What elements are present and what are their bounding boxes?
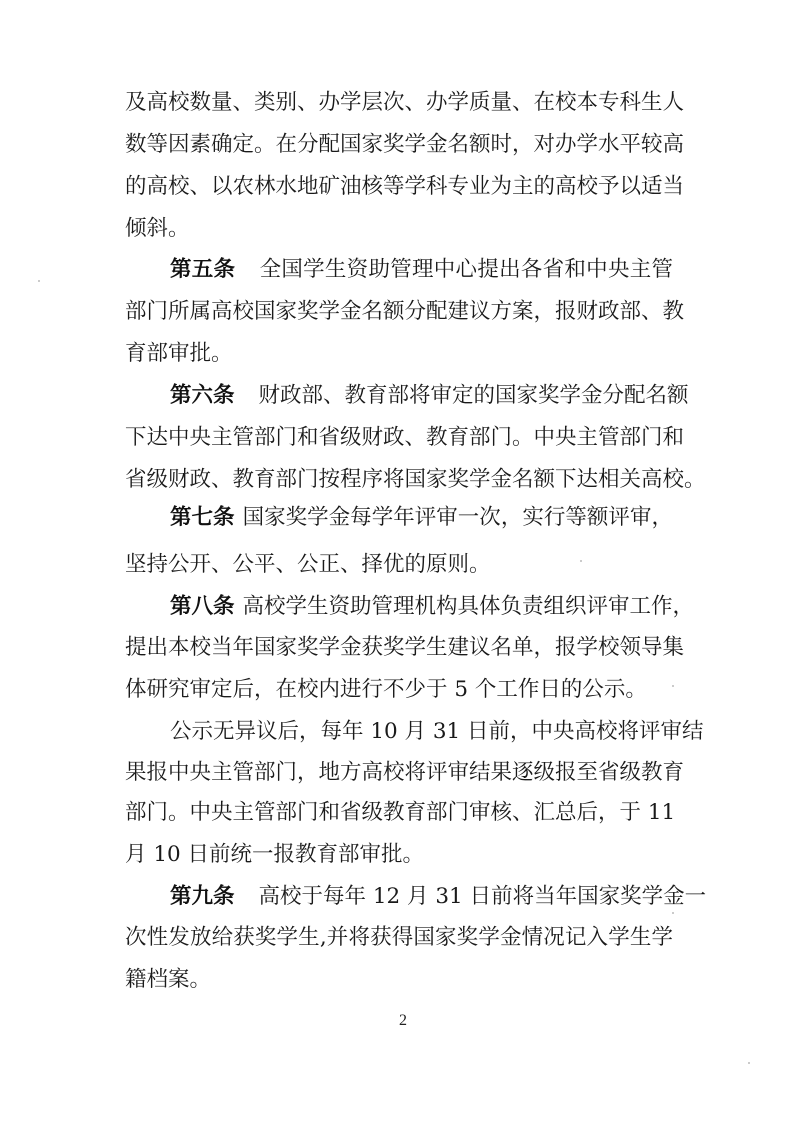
text-line: 果报中央主管部门，地方高校将评审结果逐级报至省级教育	[125, 758, 673, 788]
text-line: 坚持公开、公平、公正、择优的原则。	[125, 550, 673, 580]
article-heading: 第九条	[170, 884, 235, 909]
text-line: 体研究审定后，在校内进行不少于 5 个工作日的公示。	[125, 675, 673, 705]
scan-speck	[672, 685, 674, 687]
document-page: 及高校数量、类别、办学层次、办学质量、在校本专科生人 数等因素确定。在分配国家奖…	[0, 0, 792, 1122]
text-line: 财政部、教育部将审定的国家奖学金分配名额	[259, 383, 689, 408]
article-heading: 第七条	[170, 505, 235, 530]
text-line: 育部审批。	[125, 339, 673, 369]
text-line: 省级财政、教育部门按程序将国家奖学金名额下达相关高校。	[125, 465, 681, 495]
text-line: 提出本校当年国家奖学金获奖学生建议名单，报学校领导集	[125, 633, 673, 663]
text-line: 数等因素确定。在分配国家奖学金名额时，对办学水平较高	[125, 130, 673, 160]
article-heading: 第五条	[170, 257, 235, 282]
text-line: 下达中央主管部门和省级财政、教育部门。中央主管部门和	[125, 423, 673, 453]
text-line: 高校于每年 12 月 31 日前将当年国家奖学金一	[259, 884, 707, 909]
article-6-first-line: 第六条财政部、教育部将审定的国家奖学金分配名额	[170, 381, 673, 411]
text-line: 倾斜。	[125, 214, 673, 244]
scan-speck	[748, 1062, 750, 1064]
scan-speck	[672, 912, 674, 914]
text-line: 公示无异议后，每年 10 月 31 日前，中央高校将评审结	[170, 717, 673, 747]
article-7-first-line: 第七条国家奖学金每学年评审一次，实行等额评审，	[170, 503, 673, 533]
article-5-first-line: 第五条全国学生资助管理中心提出各省和中央主管	[170, 255, 673, 285]
text-line: 及高校数量、类别、办学层次、办学质量、在校本专科生人	[125, 88, 673, 118]
text-line: 全国学生资助管理中心提出各省和中央主管	[259, 257, 673, 282]
text-line: 月 10 日前统一报教育部审批。	[125, 840, 673, 870]
page-number: 2	[396, 1012, 410, 1030]
article-9-first-line: 第九条高校于每年 12 月 31 日前将当年国家奖学金一	[170, 882, 673, 912]
text-line: 部门所属高校国家奖学金名额分配建议方案，报财政部、教	[125, 297, 673, 327]
article-heading: 第六条	[170, 383, 235, 408]
text-line: 籍档案。	[125, 965, 673, 995]
text-line: 的高校、以农林水地矿油核等学科专业为主的高校予以适当	[125, 172, 673, 202]
scan-speck	[580, 560, 582, 562]
scan-speck	[38, 280, 40, 282]
text-line: 部门。中央主管部门和省级教育部门审核、汇总后，于 11	[125, 798, 673, 828]
text-line: 国家奖学金每学年评审一次，实行等额评审，	[243, 505, 673, 530]
text-line: 高校学生资助管理机构具体负责组织评审工作，	[243, 594, 695, 619]
article-heading: 第八条	[170, 594, 235, 619]
article-8-first-line: 第八条高校学生资助管理机构具体负责组织评审工作，	[170, 592, 680, 622]
text-line: 次性发放给获奖学生,并将获得国家奖学金情况记入学生学	[125, 923, 673, 953]
